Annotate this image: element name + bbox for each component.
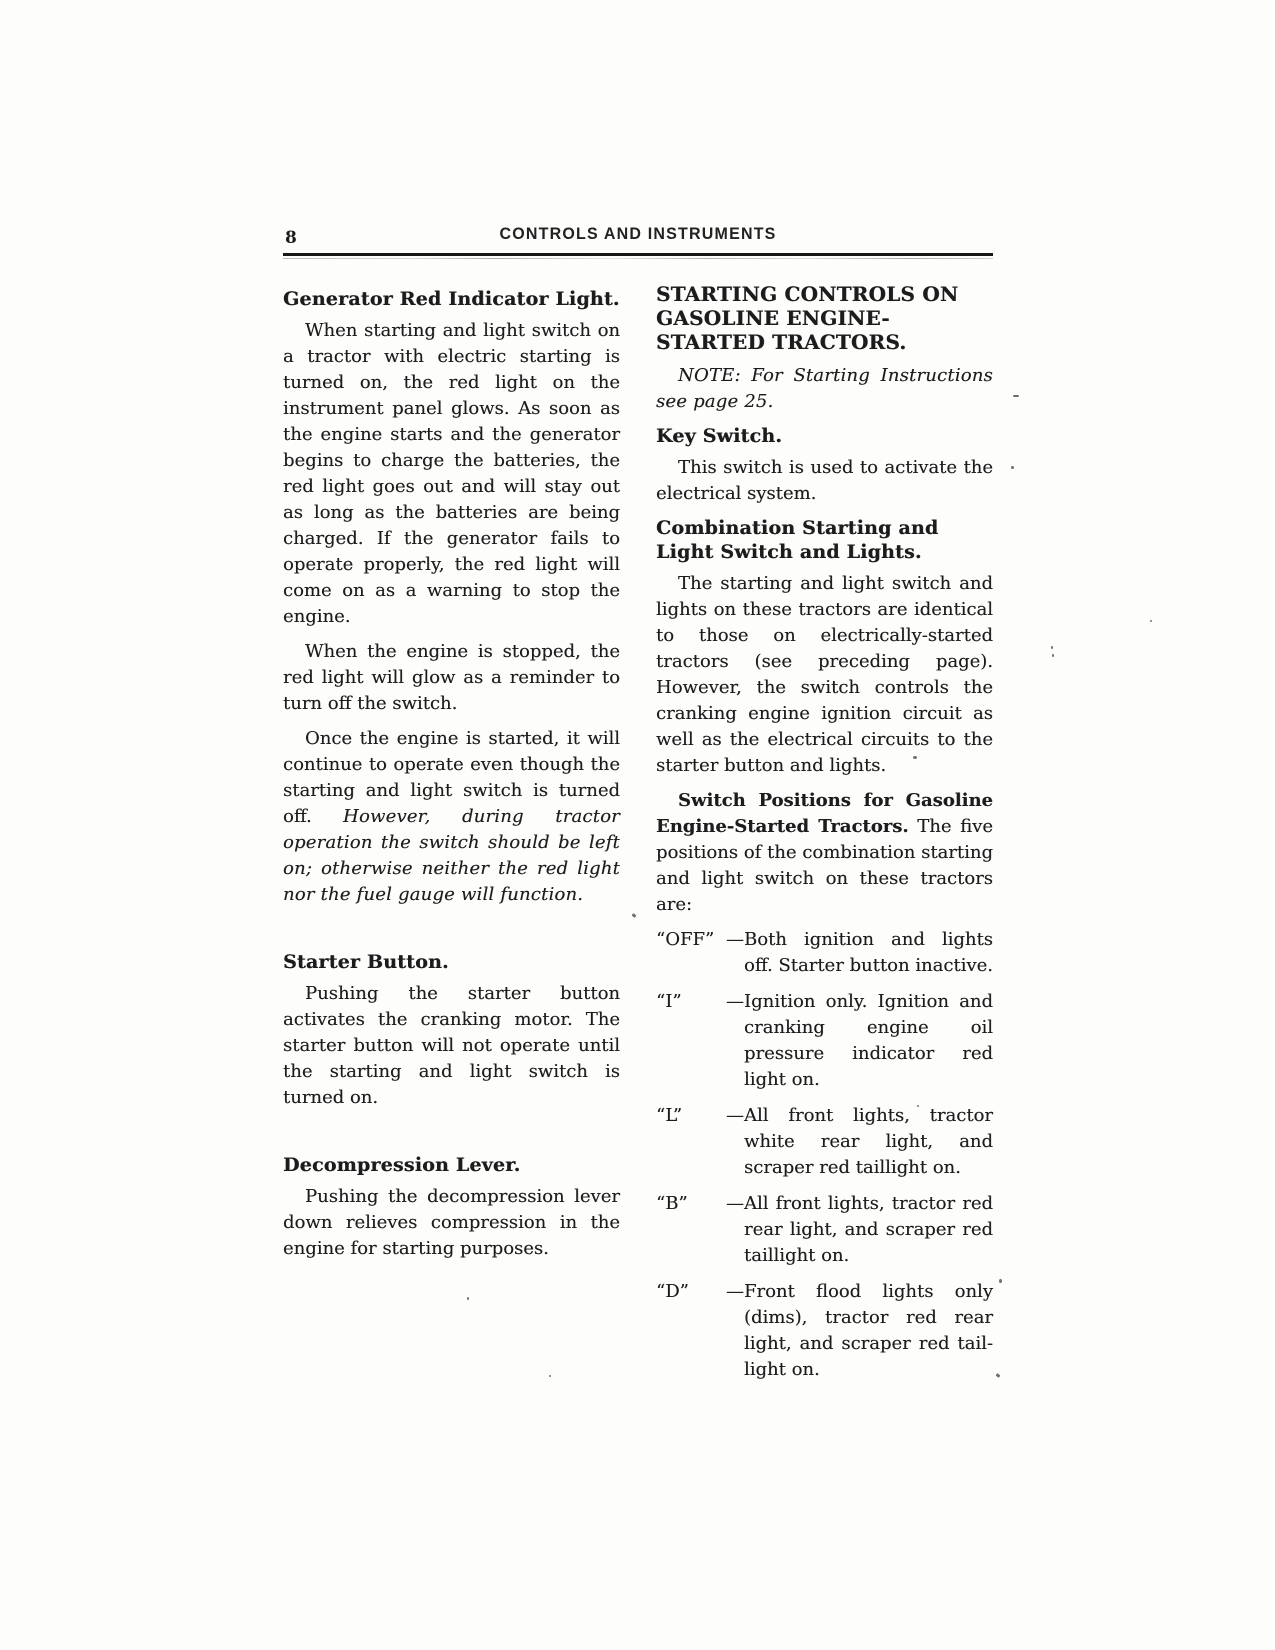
page-header: 8 CONTROLS AND INSTRUMENTS xyxy=(283,226,993,250)
note-paragraph: NOTE: For Starting Instructions see page… xyxy=(656,363,993,415)
position-description: —All front lights, tractor white rear li… xyxy=(726,1103,993,1181)
starter-button-paragraph: Pushing the starter button activates the… xyxy=(283,981,620,1111)
switch-position-item-d: “D” —Front flood lights only (dims), tra… xyxy=(656,1279,993,1383)
manual-scan-page: 8 CONTROLS AND INSTRUMENTS Generator Red… xyxy=(0,0,1275,1650)
generator-light-paragraph-1: When starting and light switch on a trac… xyxy=(283,318,620,630)
paper-speck xyxy=(1013,395,1019,397)
paper-speck xyxy=(913,756,917,759)
paper-speck xyxy=(996,1373,1001,1378)
position-term: “OFF” xyxy=(656,927,726,979)
paper-speck xyxy=(917,1105,919,1107)
switch-position-item-off: “OFF” —Both ignition and lights off. Sta… xyxy=(656,927,993,979)
starter-button-heading: Starter Button. xyxy=(283,950,620,974)
header-title: CONTROLS AND INSTRUMENTS xyxy=(283,226,993,245)
combination-switch-paragraph: The starting and light switch and lights… xyxy=(656,571,993,779)
position-description: —Front flood lights only (dims), tractor… xyxy=(726,1279,993,1383)
key-switch-heading: Key Switch. xyxy=(656,424,993,448)
position-term: “B” xyxy=(656,1191,726,1269)
combination-switch-heading: Combination Starting and Light Switch an… xyxy=(656,516,993,564)
switch-position-item-l: “L” —All front lights, tractor white rea… xyxy=(656,1103,993,1181)
header-rule-ghost xyxy=(283,258,993,259)
position-description: —Ignition only. Ignition and cranking en… xyxy=(726,989,993,1093)
note-italic-text: NOTE: For Starting Instructions see page… xyxy=(656,365,993,412)
position-term: “I” xyxy=(656,989,726,1093)
two-column-layout: Generator Red Indicator Light. When star… xyxy=(283,282,993,1393)
paper-speck xyxy=(1150,620,1152,622)
key-switch-paragraph: This switch is used to activate the elec… xyxy=(656,455,993,507)
generator-light-paragraph-2: When the engine is stopped, the red ligh… xyxy=(283,639,620,717)
paper-speck xyxy=(1011,466,1014,469)
page-content: 8 CONTROLS AND INSTRUMENTS Generator Red… xyxy=(283,226,993,1393)
position-description: —All front lights, tractor red rear ligh… xyxy=(726,1191,993,1269)
paper-speck xyxy=(999,1279,1002,1283)
position-term: “D” xyxy=(656,1279,726,1383)
paper-speck xyxy=(549,1375,551,1377)
switch-position-item-b: “B” —All front lights, tractor red rear … xyxy=(656,1191,993,1269)
position-term: “L” xyxy=(656,1103,726,1181)
decompression-lever-paragraph: Pushing the decompression lever down rel… xyxy=(283,1184,620,1262)
generator-light-heading: Generator Red Indicator Light. xyxy=(283,287,620,311)
paper-speck xyxy=(467,1297,469,1300)
decompression-lever-heading: Decompression Lever. xyxy=(283,1153,620,1177)
header-rule xyxy=(283,253,993,256)
paper-speck xyxy=(1051,646,1053,649)
starting-controls-heading: STARTING CONTROLS ON GASOLINE ENGINE-STA… xyxy=(656,282,993,354)
position-description: —Both ignition and lights off. Starter b… xyxy=(726,927,993,979)
left-column: Generator Red Indicator Light. When star… xyxy=(283,282,620,1393)
switch-position-item-i: “I” —Ignition only. Ignition and crankin… xyxy=(656,989,993,1093)
paper-speck xyxy=(1052,654,1054,657)
switch-positions-list: “OFF” —Both ignition and lights off. Sta… xyxy=(656,927,993,1383)
switch-positions-intro: Switch Positions for Gasoline Engine-Sta… xyxy=(656,788,993,918)
right-column: STARTING CONTROLS ON GASOLINE ENGINE-STA… xyxy=(656,282,993,1393)
generator-light-paragraph-3: Once the engine is started, it will cont… xyxy=(283,726,620,908)
